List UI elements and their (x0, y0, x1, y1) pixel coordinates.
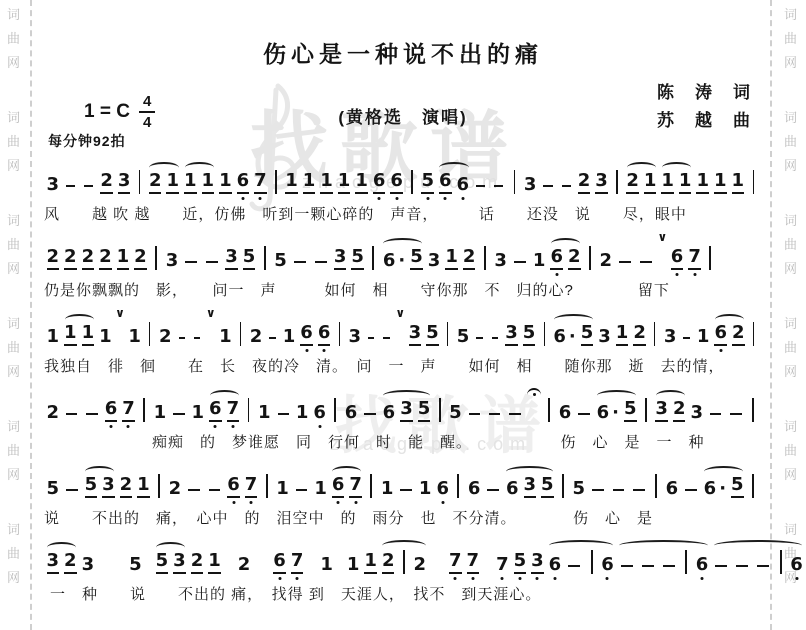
note: 7 (467, 552, 480, 574)
side-text-char: 网 (784, 159, 797, 172)
note: 6 (550, 248, 563, 270)
note-digit: 2 (149, 172, 162, 194)
note: 7 (449, 552, 462, 574)
duration-dash (619, 261, 631, 264)
side-text-char: 网 (784, 468, 797, 481)
duration-dash (492, 337, 498, 340)
duration-dash (173, 413, 184, 416)
note-digit: 2 (600, 252, 613, 270)
note-digit: 3 (531, 552, 544, 574)
lyrics-line: 痴痴 的 梦谁愿 同 行何 时 能 醒。 伤 心 是 一 种 (152, 431, 760, 452)
note: 6 (549, 556, 562, 574)
note-digit: 2 (134, 248, 147, 270)
duration-dash (476, 185, 485, 188)
note: 2 (463, 248, 476, 270)
note: 2 (732, 324, 745, 346)
duration-dash (368, 337, 374, 340)
note-digit: 6 (506, 480, 519, 498)
note: 3 (690, 404, 703, 422)
note: 1 (419, 480, 432, 498)
note-digit: 7 (122, 400, 135, 422)
note-digit: 6 (383, 252, 396, 270)
note-digit: 1 (285, 172, 298, 194)
note: 5 (541, 476, 554, 498)
note: 5 (410, 248, 423, 270)
note-digit: 1 (320, 172, 333, 194)
note-digit: 3 (334, 248, 347, 270)
side-text-char: 网 (7, 365, 20, 378)
note-digit: 5 (47, 480, 60, 498)
duration-dash (562, 185, 571, 188)
note: 5 (243, 248, 256, 270)
duration-dash (269, 337, 275, 340)
note-digit: 5 (449, 404, 462, 422)
note-digit: 6 (273, 552, 286, 574)
note: 2 (134, 248, 147, 270)
note: 3 (524, 476, 537, 498)
right-dashed-rule (770, 0, 772, 630)
barline (780, 550, 782, 574)
note: 2 (100, 172, 113, 194)
lyricist-credit: 陈 涛 词 (657, 79, 752, 107)
music-system-4: 26711671166635566·5323 痴痴 的 梦谁愿 同 行何 时 能… (44, 386, 760, 462)
slur-arc: 6 (711, 550, 806, 574)
barline (143, 398, 145, 422)
note: 7 (349, 476, 362, 498)
side-text-char: 网 (7, 159, 20, 172)
notation-line: 3235532126711122777536666000 (44, 538, 760, 574)
barline (275, 170, 277, 194)
note-digit: 5 (85, 476, 98, 498)
duration-dash (400, 489, 412, 492)
note-digit: 3 (690, 404, 703, 422)
note: 1 (219, 328, 232, 346)
note-digit: 1 (192, 404, 205, 422)
slur-arc: 6 (616, 550, 711, 574)
barline (752, 474, 754, 498)
note: 1 (154, 404, 167, 422)
note: 3 (47, 176, 60, 194)
note: 5 (731, 476, 744, 498)
note: 3 (655, 400, 668, 422)
note: 6· (704, 480, 726, 498)
duration-dash (209, 489, 221, 492)
note-digit: 5 (156, 552, 169, 574)
note-digit: 3 (173, 552, 186, 574)
note-digit: 3 (409, 324, 422, 346)
note-digit: 7 (245, 476, 258, 498)
duration-dash (621, 565, 633, 568)
note-digit: 5 (581, 324, 594, 346)
note-digit: 7 (467, 552, 480, 574)
note-digit: 5 (541, 476, 554, 498)
note-digit: 6 (390, 172, 403, 194)
note: 6· (553, 328, 575, 346)
note-digit: 6 (549, 556, 562, 574)
note: 6 (696, 556, 709, 574)
note: 3 (505, 324, 518, 346)
note-digit: 3 (400, 400, 413, 422)
duration-dash (489, 413, 500, 416)
note: 1 (644, 172, 657, 194)
note: 7 (122, 400, 135, 422)
side-text-char: 网 (784, 365, 797, 378)
note: 1 (364, 552, 377, 574)
note-digit: 6 (457, 176, 470, 194)
note: 1 (82, 324, 95, 346)
duration-dash (469, 413, 480, 416)
note: 2 (578, 172, 591, 194)
note: 7 (254, 172, 267, 194)
note: 1 (355, 172, 368, 194)
note-digit: 2 (47, 404, 60, 422)
duration-dash (278, 413, 289, 416)
note: 2 (47, 404, 60, 422)
note-digit: 1 (296, 404, 309, 422)
note-digit: 1 (714, 172, 727, 194)
note-digit: 6 (300, 324, 313, 346)
note: 5 (449, 404, 462, 422)
note: 5 (457, 328, 470, 346)
note: 1 (697, 328, 710, 346)
note: 2 (250, 328, 263, 346)
note-digit: 3 (225, 248, 238, 270)
note-digit: 1 (202, 172, 215, 194)
note: 1 (64, 324, 77, 346)
barline (403, 550, 405, 574)
note-digit: 6 (209, 400, 222, 422)
note: 5 (274, 252, 287, 270)
note-digit: 5 (624, 400, 637, 422)
duration-dash (476, 337, 482, 340)
note: 5 (572, 480, 585, 498)
note-digit: 6 (790, 556, 803, 574)
note-digit: 1 (219, 328, 232, 346)
note: 1 (296, 404, 309, 422)
note-digit: 1 (82, 324, 95, 346)
note-digit: 1 (99, 328, 112, 346)
note: 2 (191, 552, 204, 574)
note-digit: 3 (82, 556, 95, 574)
note-digit: 1 (47, 328, 60, 346)
barline (370, 474, 372, 498)
note-digit: 5 (426, 324, 439, 346)
note-digit: 6 (373, 172, 386, 194)
duration-dash (494, 185, 503, 188)
side-text-char: 词 (7, 420, 20, 433)
note: 1 (314, 480, 327, 498)
note: 7 (688, 248, 701, 270)
augmentation-dot: · (398, 252, 405, 270)
note-digit: 7 (688, 248, 701, 270)
note-digit: 7 (254, 172, 267, 194)
lyrics-line: 我独自 徘 徊 在 长 夜的冷 清。 问 一 声 如何 相 随你那 逝 去的情， (44, 355, 760, 376)
note-digit: 3 (655, 400, 668, 422)
note-digit: 5 (274, 252, 287, 270)
note: 6 (457, 176, 470, 194)
side-text-char: 词 (784, 317, 797, 330)
note-digit: 5 (418, 400, 431, 422)
note-digit: 3 (348, 328, 361, 346)
note-digit: 5 (421, 172, 434, 194)
note-digit: 2 (463, 248, 476, 270)
note-digit: 2 (578, 172, 591, 194)
side-text-char: 网 (7, 571, 20, 584)
note-digit: 1 (128, 328, 141, 346)
note: 1 (285, 172, 298, 194)
note-digit: 6 (237, 172, 250, 194)
note: 3 (82, 556, 95, 574)
note: 3 (664, 328, 677, 346)
side-text-char: 曲 (784, 444, 797, 457)
side-text-char: 网 (7, 262, 20, 275)
note-digit: 6 (383, 404, 396, 422)
note: 3 (531, 552, 544, 574)
note-digit: 2 (626, 172, 639, 194)
note-digit: 3 (505, 324, 518, 346)
note: 6 (671, 248, 684, 270)
note: 2 (120, 476, 133, 498)
right-margin: 词曲网词曲网词曲网词曲网词曲网词曲网 (758, 0, 806, 630)
augmentation-dot: · (719, 480, 726, 498)
note-digit: 1 (533, 252, 546, 270)
note-digit: 2 (99, 248, 112, 270)
note: 6· (597, 404, 619, 422)
note-digit: 2 (64, 552, 77, 574)
note-digit: 6 (696, 556, 709, 574)
note-digit: 2 (100, 172, 113, 194)
writer-credits: 陈 涛 词 苏 越 曲 (657, 79, 752, 135)
duration-dash (543, 185, 552, 188)
note: 5 (581, 324, 594, 346)
note: 1 (714, 172, 727, 194)
barline (266, 474, 268, 498)
note: 1 (47, 328, 60, 346)
note-digit: 5 (523, 324, 536, 346)
barline (334, 398, 336, 422)
barline (753, 322, 754, 346)
note-digit: 2 (250, 328, 263, 346)
note: 2 (64, 248, 77, 270)
side-text-group: 词曲网 (784, 214, 797, 275)
duration-dash (364, 413, 375, 416)
barline (149, 322, 150, 346)
duration-dash (730, 413, 741, 416)
right-side-watermark-text: 词曲网词曲网词曲网词曲网词曲网词曲网 (784, 8, 797, 626)
note: 3 (334, 248, 347, 270)
notation-line: 26711671166635566·5323 (44, 386, 760, 422)
note-digit: 1 (320, 556, 333, 574)
slur-arc: 22 (379, 550, 428, 574)
music-system-6: 3235532126711122777536666000 一 种 说 不出的 痛… (44, 538, 760, 614)
lyrics-line: 一 种 说 不出的 痛， 找得 到 天涯人， 找不 到天涯心。 (50, 583, 760, 604)
note: 6 (209, 400, 222, 422)
duration-dash (294, 261, 306, 264)
note: 3 (409, 324, 422, 346)
note-digit: 1 (137, 476, 150, 498)
side-text-char: 曲 (7, 238, 20, 251)
barline (544, 322, 545, 346)
slur-arc: 62 (548, 248, 583, 270)
slur-arc: 32 (44, 552, 79, 574)
note: 3 (400, 400, 413, 422)
note-digit: 3 (47, 552, 60, 574)
note: 1 (276, 480, 289, 498)
note-digit: 1 (64, 324, 77, 346)
duration-dash (179, 337, 185, 340)
side-text-char: 曲 (7, 341, 20, 354)
note-digit: 1 (154, 404, 167, 422)
note-digit: 6 (345, 404, 358, 422)
note: 2 (82, 248, 95, 270)
note: 3 (524, 176, 537, 194)
note-digit: 1 (661, 172, 674, 194)
note-digit: 2 (732, 324, 745, 346)
note-digit: 2 (159, 328, 172, 346)
note: 5 (624, 400, 637, 422)
slur-arc: 53 (82, 476, 117, 498)
note: 1 (184, 172, 197, 194)
note-digit: 6 (436, 480, 449, 498)
note-digit: 1 (258, 404, 271, 422)
duration-dash (715, 565, 727, 568)
note-digit: 5 (457, 328, 470, 346)
barline (411, 170, 413, 194)
score: 323211116711111665663232111111 风 越 吹 越 近… (44, 158, 760, 614)
barline (709, 246, 711, 270)
barline (447, 322, 448, 346)
barline (264, 246, 266, 270)
note: 1 (137, 476, 150, 498)
slur-arc: 53 (153, 552, 188, 574)
barline (752, 398, 754, 422)
note-digit: 2 (238, 556, 251, 574)
note: 5 (85, 476, 98, 498)
note: 1 (696, 172, 709, 194)
slur-arc: 635 (503, 476, 556, 498)
duration-dash (66, 413, 77, 416)
note: 6 (714, 324, 727, 346)
note-digit: 1 (697, 328, 710, 346)
duration-dash (487, 489, 499, 492)
slur-arc: 66 (546, 550, 616, 574)
note: 3 (118, 172, 131, 194)
side-text-char: 曲 (784, 341, 797, 354)
side-text-char: 曲 (7, 444, 20, 457)
note-digit: 2 (568, 248, 581, 270)
duration-dash (736, 565, 748, 568)
slur-arc: 67 (329, 476, 364, 498)
note-digit: 5 (351, 248, 364, 270)
breath-mark: ∨ (395, 306, 405, 320)
barline (589, 246, 591, 270)
breath-mark: ∨ (658, 230, 668, 244)
duration-dash (185, 261, 197, 264)
duration-dash (514, 261, 526, 264)
note-digit: 2 (633, 324, 646, 346)
fermata-mark (527, 386, 540, 388)
note-digit: 1 (347, 556, 360, 574)
duration-dash (683, 337, 689, 340)
side-text-char: 词 (784, 214, 797, 227)
lyrics-line: 说 不出的 痛， 心中 的 泪空中 的 雨分 也 不分清。 伤 心 是 (44, 507, 760, 528)
note-digit: 2 (47, 248, 60, 270)
left-dashed-rule (30, 0, 32, 630)
duration-dash (206, 261, 218, 264)
note-digit: 6 (332, 476, 345, 498)
side-text-char: 曲 (7, 135, 20, 148)
left-side-watermark-text: 词曲网词曲网词曲网词曲网词曲网词曲网 (7, 8, 20, 626)
note-digit: 7 (227, 400, 240, 422)
note-digit: 6 (318, 324, 331, 346)
note: 3 (428, 252, 441, 270)
barline (654, 322, 655, 346)
barline (484, 246, 486, 270)
note: 3 (595, 172, 608, 194)
notation-line: 5532126711671166635566·5 (44, 462, 760, 498)
note-digit: 2 (64, 248, 77, 270)
note-digit: 3 (166, 252, 179, 270)
note-digit: 1 (679, 172, 692, 194)
slur-arc: 21 (146, 172, 181, 194)
note: 7 (245, 476, 258, 498)
slur-arc: 62 (712, 324, 747, 346)
side-text-char: 网 (784, 262, 797, 275)
note-digit: 5 (572, 480, 585, 498)
note: 2 (99, 248, 112, 270)
note: 6 (666, 480, 679, 498)
note: 5 (426, 324, 439, 346)
note-digit: 1 (364, 552, 377, 574)
duration-dash (66, 489, 78, 492)
barline (139, 170, 141, 194)
duration-dash (578, 413, 589, 416)
note-digit: 1 (276, 480, 289, 498)
note-digit: 3 (664, 328, 677, 346)
note-digit: 1 (166, 172, 179, 194)
music-system-2: 2222123355356·531231622∨67 仍是你飘飘的 影， 问一 … (44, 234, 760, 310)
note-digit: 1 (355, 172, 368, 194)
duration-dash (633, 489, 645, 492)
song-title: 伤心是一种说不出的痛 (0, 36, 806, 69)
note: 2 (413, 556, 426, 574)
note: 1 (347, 556, 360, 574)
note: 1 (338, 172, 351, 194)
slur-arc: 21 (624, 172, 659, 194)
note-digit: 1 (208, 552, 221, 574)
note: 1 (202, 172, 215, 194)
duration-dash (642, 565, 654, 568)
note-digit: 6 (550, 248, 563, 270)
note: 3 (494, 252, 507, 270)
note: 1 (219, 172, 232, 194)
note: 6 (468, 480, 481, 498)
note-digit: 1 (419, 480, 432, 498)
note: 5 (156, 552, 169, 574)
note-digit: 7 (449, 552, 462, 574)
side-text-char: 词 (784, 8, 797, 21)
slur-arc: 635 (380, 400, 433, 422)
note: 6 (227, 476, 240, 498)
note-digit: 6 (553, 328, 566, 346)
note-digit: 6 (671, 248, 684, 270)
note: 1 (192, 404, 205, 422)
note-digit: 3 (118, 172, 131, 194)
side-text-group: 词曲网 (784, 420, 797, 481)
note: 2 (47, 248, 60, 270)
note-digit: 7 (291, 552, 304, 574)
note-digit: 6 (227, 476, 240, 498)
